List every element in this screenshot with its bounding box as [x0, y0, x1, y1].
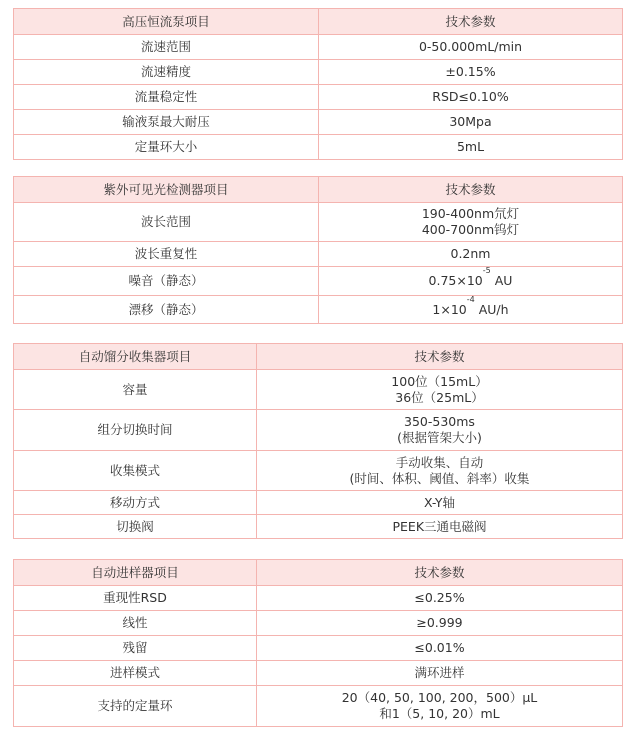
row-value: 0-50.000mL/min — [319, 35, 623, 60]
table-row: 漂移（静态） 1×10-4 AU/h — [14, 296, 623, 324]
row-label: 定量环大小 — [14, 135, 319, 160]
row-value: 100位（15mL） 36位（25mL） — [257, 370, 623, 410]
row-value: 1×10-4 AU/h — [319, 296, 623, 324]
value-line: (时间、体积、阈值、斜率）收集 — [261, 471, 618, 487]
autosampler-spec-table: 自动进样器项目 技术参数 重现性RSD ≤0.25% 线性 ≥0.999 残留 … — [13, 559, 623, 727]
row-value: PEEK三通电磁阀 — [257, 515, 623, 539]
row-value: 350-530ms (根据管架大小) — [257, 410, 623, 451]
value-line: 190-400nm氘灯 — [323, 206, 618, 222]
value-base: 1×10 — [432, 302, 466, 317]
row-value: 手动收集、自动 (时间、体积、阈值、斜率）收集 — [257, 451, 623, 491]
table-header-row: 高压恒流泵项目 技术参数 — [14, 9, 623, 35]
header-param: 技术参数 — [257, 560, 623, 586]
row-label: 移动方式 — [14, 491, 257, 515]
value-unit: AU/h — [475, 302, 509, 317]
value-line: 20（40, 50, 100, 200，500）μL — [261, 690, 618, 706]
value-line: 手动收集、自动 — [261, 455, 618, 471]
row-label: 重现性RSD — [14, 586, 257, 611]
table-row: 收集模式 手动收集、自动 (时间、体积、阈值、斜率）收集 — [14, 451, 623, 491]
table-row: 移动方式 X-Y轴 — [14, 491, 623, 515]
value-base: 0.75×10 — [429, 273, 483, 288]
header-param: 技术参数 — [257, 344, 623, 370]
row-label: 支持的定量环 — [14, 686, 257, 727]
row-label: 组分切换时间 — [14, 410, 257, 451]
value-line: 100位（15mL） — [261, 374, 618, 390]
header-item: 高压恒流泵项目 — [14, 9, 319, 35]
row-label: 流速范围 — [14, 35, 319, 60]
header-item: 自动馏分收集器项目 — [14, 344, 257, 370]
table-header-row: 自动进样器项目 技术参数 — [14, 560, 623, 586]
row-label: 噪音（静态） — [14, 267, 319, 296]
table-row: 噪音（静态） 0.75×10-5 AU — [14, 267, 623, 296]
table-row: 流量稳定性 RSD≤0.10% — [14, 85, 623, 110]
value-exponent: -4 — [467, 295, 475, 304]
header-item: 自动进样器项目 — [14, 560, 257, 586]
table-row: 切换阀 PEEK三通电磁阀 — [14, 515, 623, 539]
table-row: 支持的定量环 20（40, 50, 100, 200，500）μL 和1（5, … — [14, 686, 623, 727]
header-param: 技术参数 — [319, 177, 623, 203]
table-row: 组分切换时间 350-530ms (根据管架大小) — [14, 410, 623, 451]
row-value: 0.2nm — [319, 242, 623, 267]
value-line: 和1（5, 10, 20）mL — [261, 706, 618, 722]
pump-spec-table: 高压恒流泵项目 技术参数 流速范围 0-50.000mL/min 流速精度 ±0… — [13, 8, 623, 160]
row-value: ±0.15% — [319, 60, 623, 85]
header-item: 紫外可见光检测器项目 — [14, 177, 319, 203]
row-label: 残留 — [14, 636, 257, 661]
row-value: 5mL — [319, 135, 623, 160]
row-value: 30Mpa — [319, 110, 623, 135]
uv-detector-spec-table: 紫外可见光检测器项目 技术参数 波长范围 190-400nm氘灯 400-700… — [13, 176, 623, 324]
row-label: 输液泵最大耐压 — [14, 110, 319, 135]
row-value: ≤0.01% — [257, 636, 623, 661]
value-line: (根据管架大小) — [261, 430, 618, 446]
row-label: 线性 — [14, 611, 257, 636]
header-param: 技术参数 — [319, 9, 623, 35]
value-exponent: -5 — [483, 266, 491, 275]
table-header-row: 紫外可见光检测器项目 技术参数 — [14, 177, 623, 203]
row-value: ≥0.999 — [257, 611, 623, 636]
value-unit: AU — [491, 273, 513, 288]
table-row: 流速范围 0-50.000mL/min — [14, 35, 623, 60]
row-label: 容量 — [14, 370, 257, 410]
table-row: 流速精度 ±0.15% — [14, 60, 623, 85]
fraction-collector-spec-table: 自动馏分收集器项目 技术参数 容量 100位（15mL） 36位（25mL） 组… — [13, 343, 623, 539]
table-row: 线性 ≥0.999 — [14, 611, 623, 636]
row-label: 波长重复性 — [14, 242, 319, 267]
row-value: 190-400nm氘灯 400-700nm钨灯 — [319, 203, 623, 242]
table-row: 进样模式 满环进样 — [14, 661, 623, 686]
row-label: 波长范围 — [14, 203, 319, 242]
table-row: 残留 ≤0.01% — [14, 636, 623, 661]
row-value: 0.75×10-5 AU — [319, 267, 623, 296]
table-row: 波长范围 190-400nm氘灯 400-700nm钨灯 — [14, 203, 623, 242]
row-label: 收集模式 — [14, 451, 257, 491]
row-value: 20（40, 50, 100, 200，500）μL 和1（5, 10, 20）… — [257, 686, 623, 727]
table-row: 容量 100位（15mL） 36位（25mL） — [14, 370, 623, 410]
value-line: 350-530ms — [261, 414, 618, 430]
row-label: 漂移（静态） — [14, 296, 319, 324]
table-header-row: 自动馏分收集器项目 技术参数 — [14, 344, 623, 370]
table-row: 重现性RSD ≤0.25% — [14, 586, 623, 611]
row-value: RSD≤0.10% — [319, 85, 623, 110]
row-label: 流速精度 — [14, 60, 319, 85]
table-row: 波长重复性 0.2nm — [14, 242, 623, 267]
row-label: 进样模式 — [14, 661, 257, 686]
row-value: 满环进样 — [257, 661, 623, 686]
row-label: 切换阀 — [14, 515, 257, 539]
row-label: 流量稳定性 — [14, 85, 319, 110]
table-row: 输液泵最大耐压 30Mpa — [14, 110, 623, 135]
value-line: 36位（25mL） — [261, 390, 618, 406]
row-value: X-Y轴 — [257, 491, 623, 515]
value-line: 400-700nm钨灯 — [323, 222, 618, 238]
row-value: ≤0.25% — [257, 586, 623, 611]
table-row: 定量环大小 5mL — [14, 135, 623, 160]
